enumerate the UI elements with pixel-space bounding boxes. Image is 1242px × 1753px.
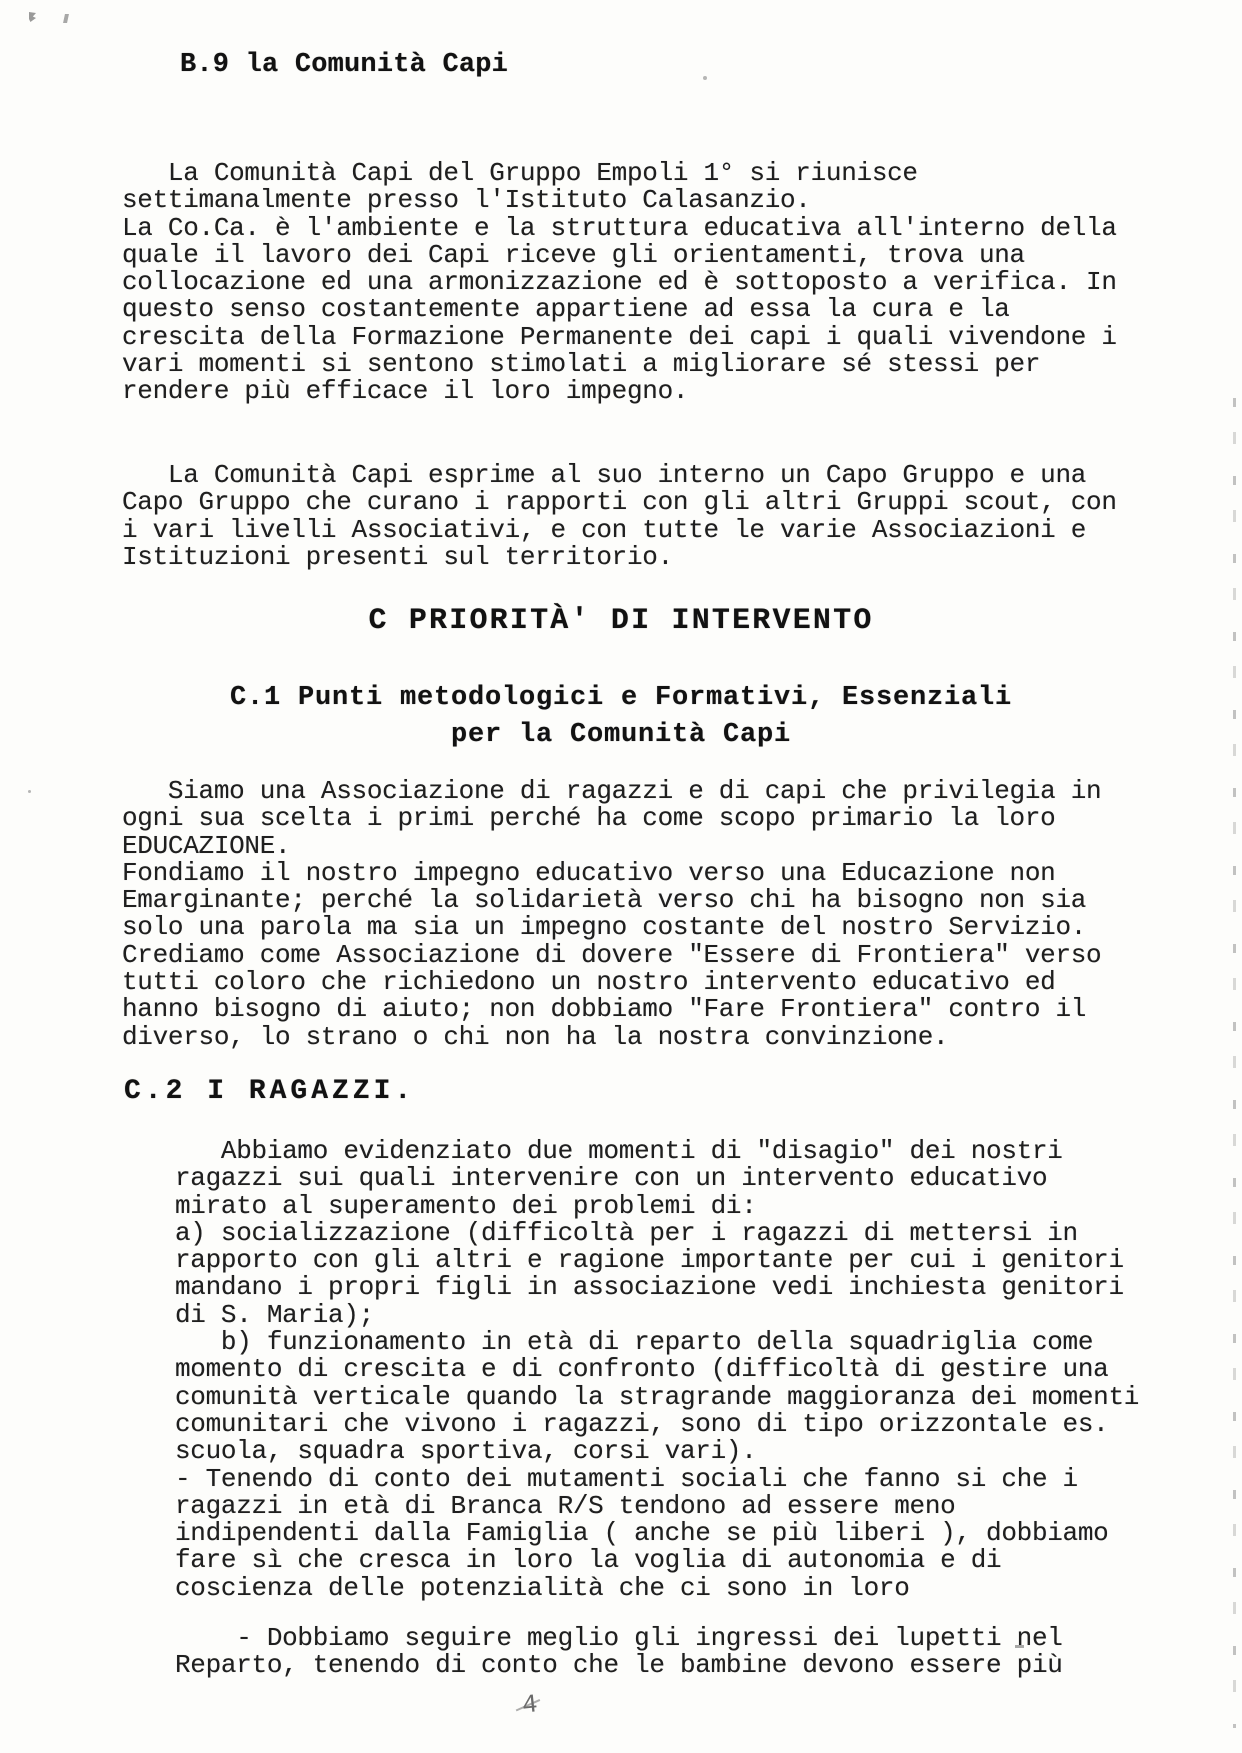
section-c1-paragraph: Siamo una Associazione di ragazzi e di c… bbox=[122, 778, 1101, 1051]
page-number: 4 bbox=[520, 1689, 539, 1720]
section-c2-paragraph-1: Abbiamo evidenziato due momenti di "disa… bbox=[175, 1138, 1139, 1602]
section-c-heading: C PRIORITÀ' DI INTERVENTO bbox=[0, 604, 1242, 638]
scan-speckle bbox=[29, 12, 36, 22]
scan-speckle bbox=[28, 790, 31, 793]
section-c1-heading: C.1 Punti metodologici e Formativi, Esse… bbox=[0, 680, 1242, 754]
section-c2-heading: C.2 I RAGAZZI. bbox=[124, 1076, 415, 1107]
section-c2-paragraph-2: - Dobbiamo seguire meglio gli ingressi d… bbox=[175, 1625, 1063, 1680]
scan-speckle bbox=[63, 14, 69, 23]
section-b9-paragraph-2: La Comunità Capi esprime al suo interno … bbox=[122, 462, 1117, 571]
scanned-document-page: B.9 la Comunità Capi La Comunità Capi de… bbox=[0, 0, 1242, 1753]
section-b9-heading: B.9 la Comunità Capi bbox=[180, 50, 508, 80]
scan-speckle bbox=[703, 76, 707, 80]
scan-margin-dashes bbox=[1233, 398, 1236, 1728]
section-b9-paragraph-1: La Comunità Capi del Gruppo Empoli 1° si… bbox=[122, 160, 1117, 406]
